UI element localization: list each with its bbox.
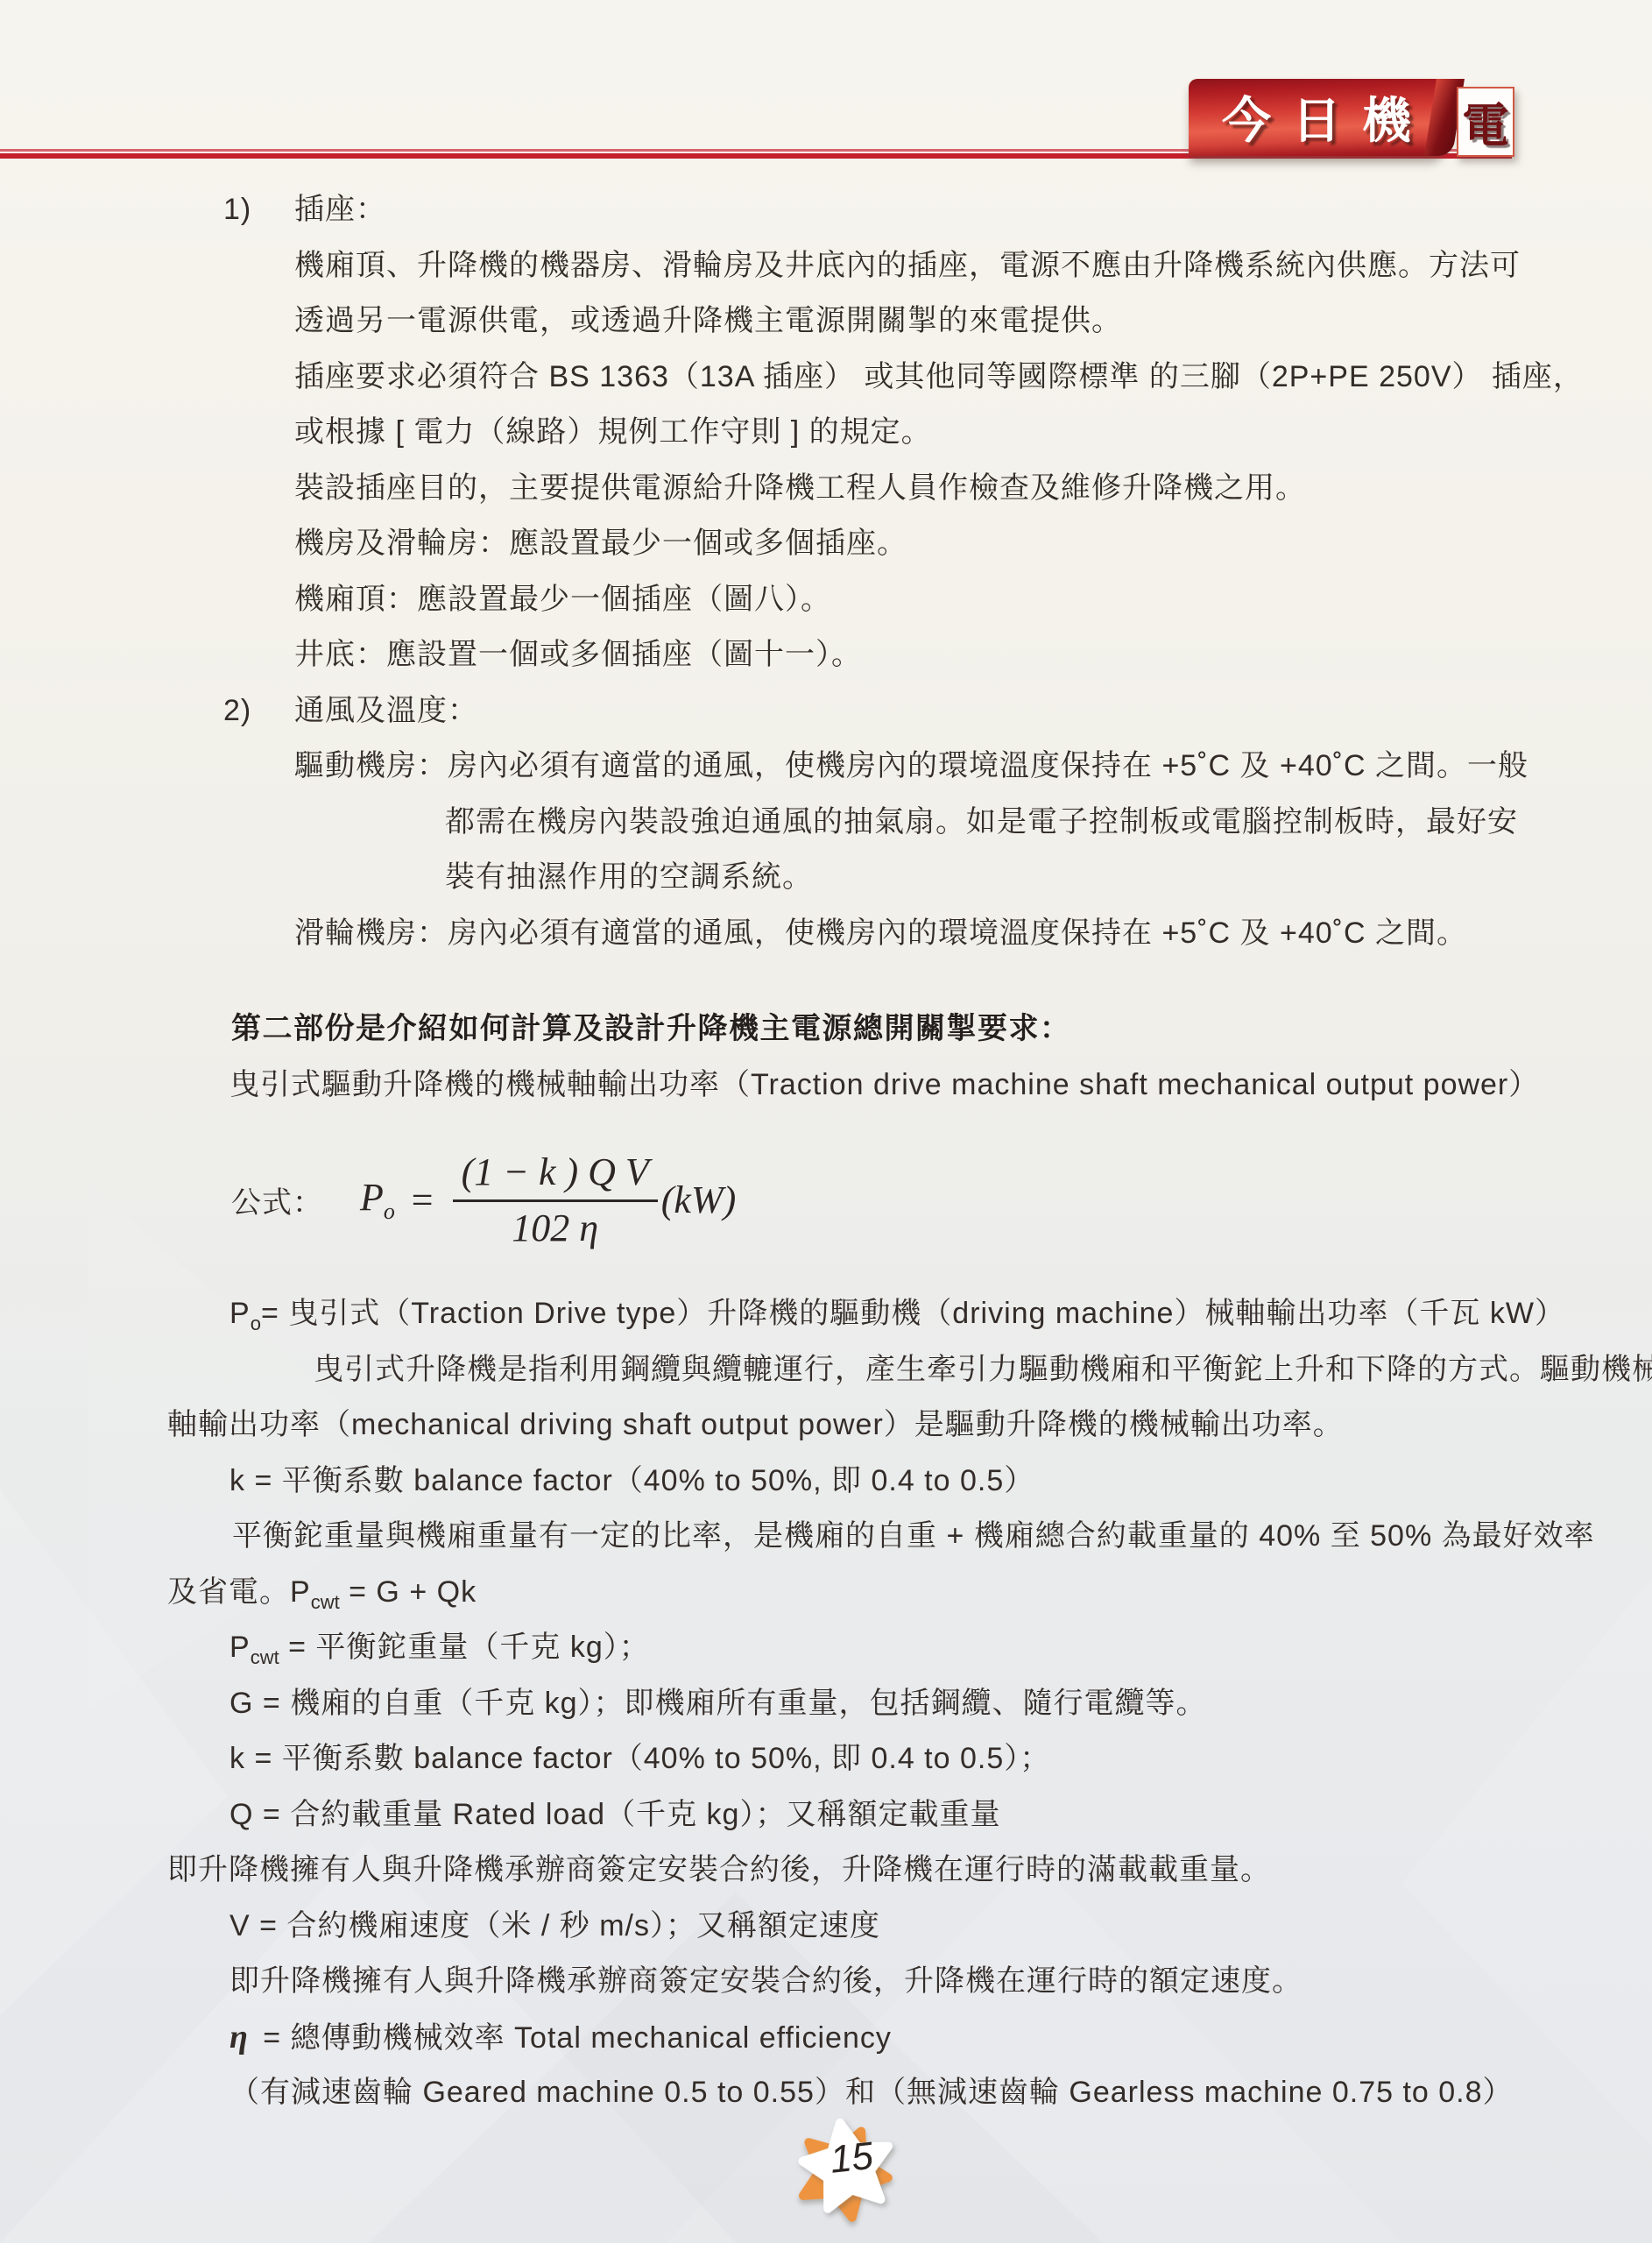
text-line: η = 總傳動機械效率 Total mechanical efficiency (0, 2010, 1652, 2066)
masthead-char-2: 日 (1292, 82, 1341, 152)
text-line: V = 合約機廂速度（米 / 秒 m/s）；又稱額定速度 (0, 1899, 1652, 1955)
masthead-banner: 今 日 機 電 (1189, 79, 1514, 166)
text-line: 機廂頂：應設置最少一個插座（圖八）。 (0, 572, 1652, 628)
text-line: Pcwt = 平衡鉈重量（千克 kg）； (0, 1620, 1652, 1676)
text-line: 曳引式驅動升降機的機械軸輸出功率（Traction drive machine … (0, 1058, 1652, 1114)
masthead-char-1: 今 (1222, 82, 1271, 152)
text-line: （有減速齒輪 Geared machine 0.5 to 0.55）和（無減速齒… (0, 2065, 1652, 2121)
text-line: 驅動機房：房內必須有適當的通風，使機房內的環境溫度保持在 +5˚C 及 +40˚… (0, 739, 1652, 795)
text-segment: = G + Qk (340, 1575, 477, 1609)
formula-lhs: Po (360, 1175, 395, 1225)
formula-unit: (kW) (661, 1178, 737, 1222)
text-line: 井底：應設置一個或多個插座（圖十一）。 (0, 627, 1652, 683)
text-line: Po= 曳引式（Traction Drive type）升降機的驅動機（driv… (0, 1286, 1652, 1342)
text-line: 滑輪機房：房內必須有適當的通風，使機房內的環境溫度保持在 +5˚C 及 +40˚… (0, 906, 1652, 962)
text-line: Q = 合約載重量 Rated load（千克 kg）；又稱額定載重量 (0, 1787, 1652, 1843)
eta-symbol: η (229, 2019, 254, 2055)
po-symbol: Po (229, 1297, 261, 1330)
text-line: 平衡鉈重量與機廂重量有一定的比率，是機廂的自重 + 機廂總合約載重量的 40% … (0, 1509, 1652, 1565)
text-line: 軸輸出功率（mechanical driving shaft output po… (0, 1397, 1652, 1454)
text-line: 及省電。Pcwt = G + Qk (0, 1565, 1652, 1621)
text-line: 機房及滑輪房：應設置最少一個或多個插座。 (0, 516, 1652, 572)
page-number-star-badge: 15 (776, 2117, 925, 2243)
text-line: 裝設插座目的，主要提供電源給升降機工程人員作檢查及維修升降機之用。 (0, 461, 1652, 517)
pcwt-symbol: Pcwt (229, 1631, 279, 1664)
section-heading: 第二部份是介紹如何計算及設計升降機主電源總開關掣要求： (0, 1001, 1652, 1058)
text-segment: 及省電。 (167, 1575, 290, 1609)
formula-expression: Po = (1 − k ) Q V 102 η (kW) (360, 1150, 736, 1250)
formula-equals: = (409, 1178, 435, 1222)
text-line: k = 平衡系數 balance factor（40% to 50%, 即 0.… (0, 1454, 1652, 1510)
list-title: 通風及溫度： (294, 694, 478, 727)
page-number: 15 (828, 2134, 875, 2182)
masthead-accent-char: 電 (1462, 88, 1509, 156)
masthead-accent-box: 電 (1457, 87, 1514, 157)
text-segment: = 曳引式（Traction Drive type）升降機的驅動機（drivin… (261, 1297, 1565, 1330)
formula-label: 公式： (231, 1178, 323, 1221)
text-line: 即升降機擁有人與升降機承辦商簽定安裝合約後，升降機在運行時的額定速度。 (0, 1954, 1652, 2010)
document-body: 1)插座： 機廂頂、升降機的機器房、滑輪房及井底內的插座，電源不應由升降機系統內… (0, 182, 1652, 2121)
masthead-red-ribbon: 今 日 機 (1189, 79, 1444, 156)
text-line: 或根據 [ 電力（線路）規例工作守則 ] 的規定。 (0, 405, 1652, 461)
text-line: 機廂頂、升降機的機器房、滑輪房及井底內的插座，電源不應由升降機系統內供應。方法可 (0, 238, 1652, 294)
list-marker: 2) (223, 683, 294, 739)
text-line: 即升降機擁有人與升降機承辦商簽定安裝合約後，升降機在運行時的滿載載重量。 (0, 1843, 1652, 1899)
list-title: 插座： (294, 193, 386, 226)
magazine-page: 今 日 機 電 1)插座： 機廂頂、升降機的機器房、滑輪房及井底內的插座，電源不… (0, 0, 1652, 2243)
formula-fraction: (1 − k ) Q V 102 η (453, 1150, 658, 1250)
text-segment: = 總傳動機械效率 Total mechanical efficiency (254, 2021, 892, 2055)
masthead-char-3: 機 (1362, 82, 1411, 152)
text-line: G = 機廂的自重（千克 kg）；即機廂所有重量，包括鋼纜、隨行電纜等。 (0, 1676, 1652, 1732)
text-line: 裝有抽濕作用的空調系統。 (0, 850, 1652, 906)
pcwt-symbol: Pcwt (290, 1575, 340, 1609)
list-item-1-title: 1)插座： (0, 182, 1652, 238)
text-line: k = 平衡系數 balance factor（40% to 50%, 即 0.… (0, 1731, 1652, 1787)
formula-denominator: 102 η (512, 1202, 598, 1250)
text-line: 都需在機房內裝設強迫通風的抽氣扇。如是電子控制板或電腦控制板時，最好安 (0, 795, 1652, 851)
list-item-2-title: 2)通風及溫度： (0, 683, 1652, 739)
formula-numerator: (1 − k ) Q V (453, 1150, 658, 1202)
text-line: 透過另一電源供電，或透過升降機主電源開關掣的來電提供。 (0, 294, 1652, 350)
text-segment: = 平衡鉈重量（千克 kg）； (279, 1631, 650, 1664)
formula: 公式： Po = (1 − k ) Q V 102 η (kW) (0, 1113, 1652, 1286)
list-marker: 1) (223, 182, 294, 238)
text-line: 曳引式升降機是指利用鋼纜與纜轆運行，產生牽引力驅動機廂和平衡鉈上升和下降的方式。… (0, 1342, 1652, 1398)
text-line: 插座要求必須符合 BS 1363（13A 插座） 或其他同等國際標準 的三腳（2… (0, 350, 1652, 406)
